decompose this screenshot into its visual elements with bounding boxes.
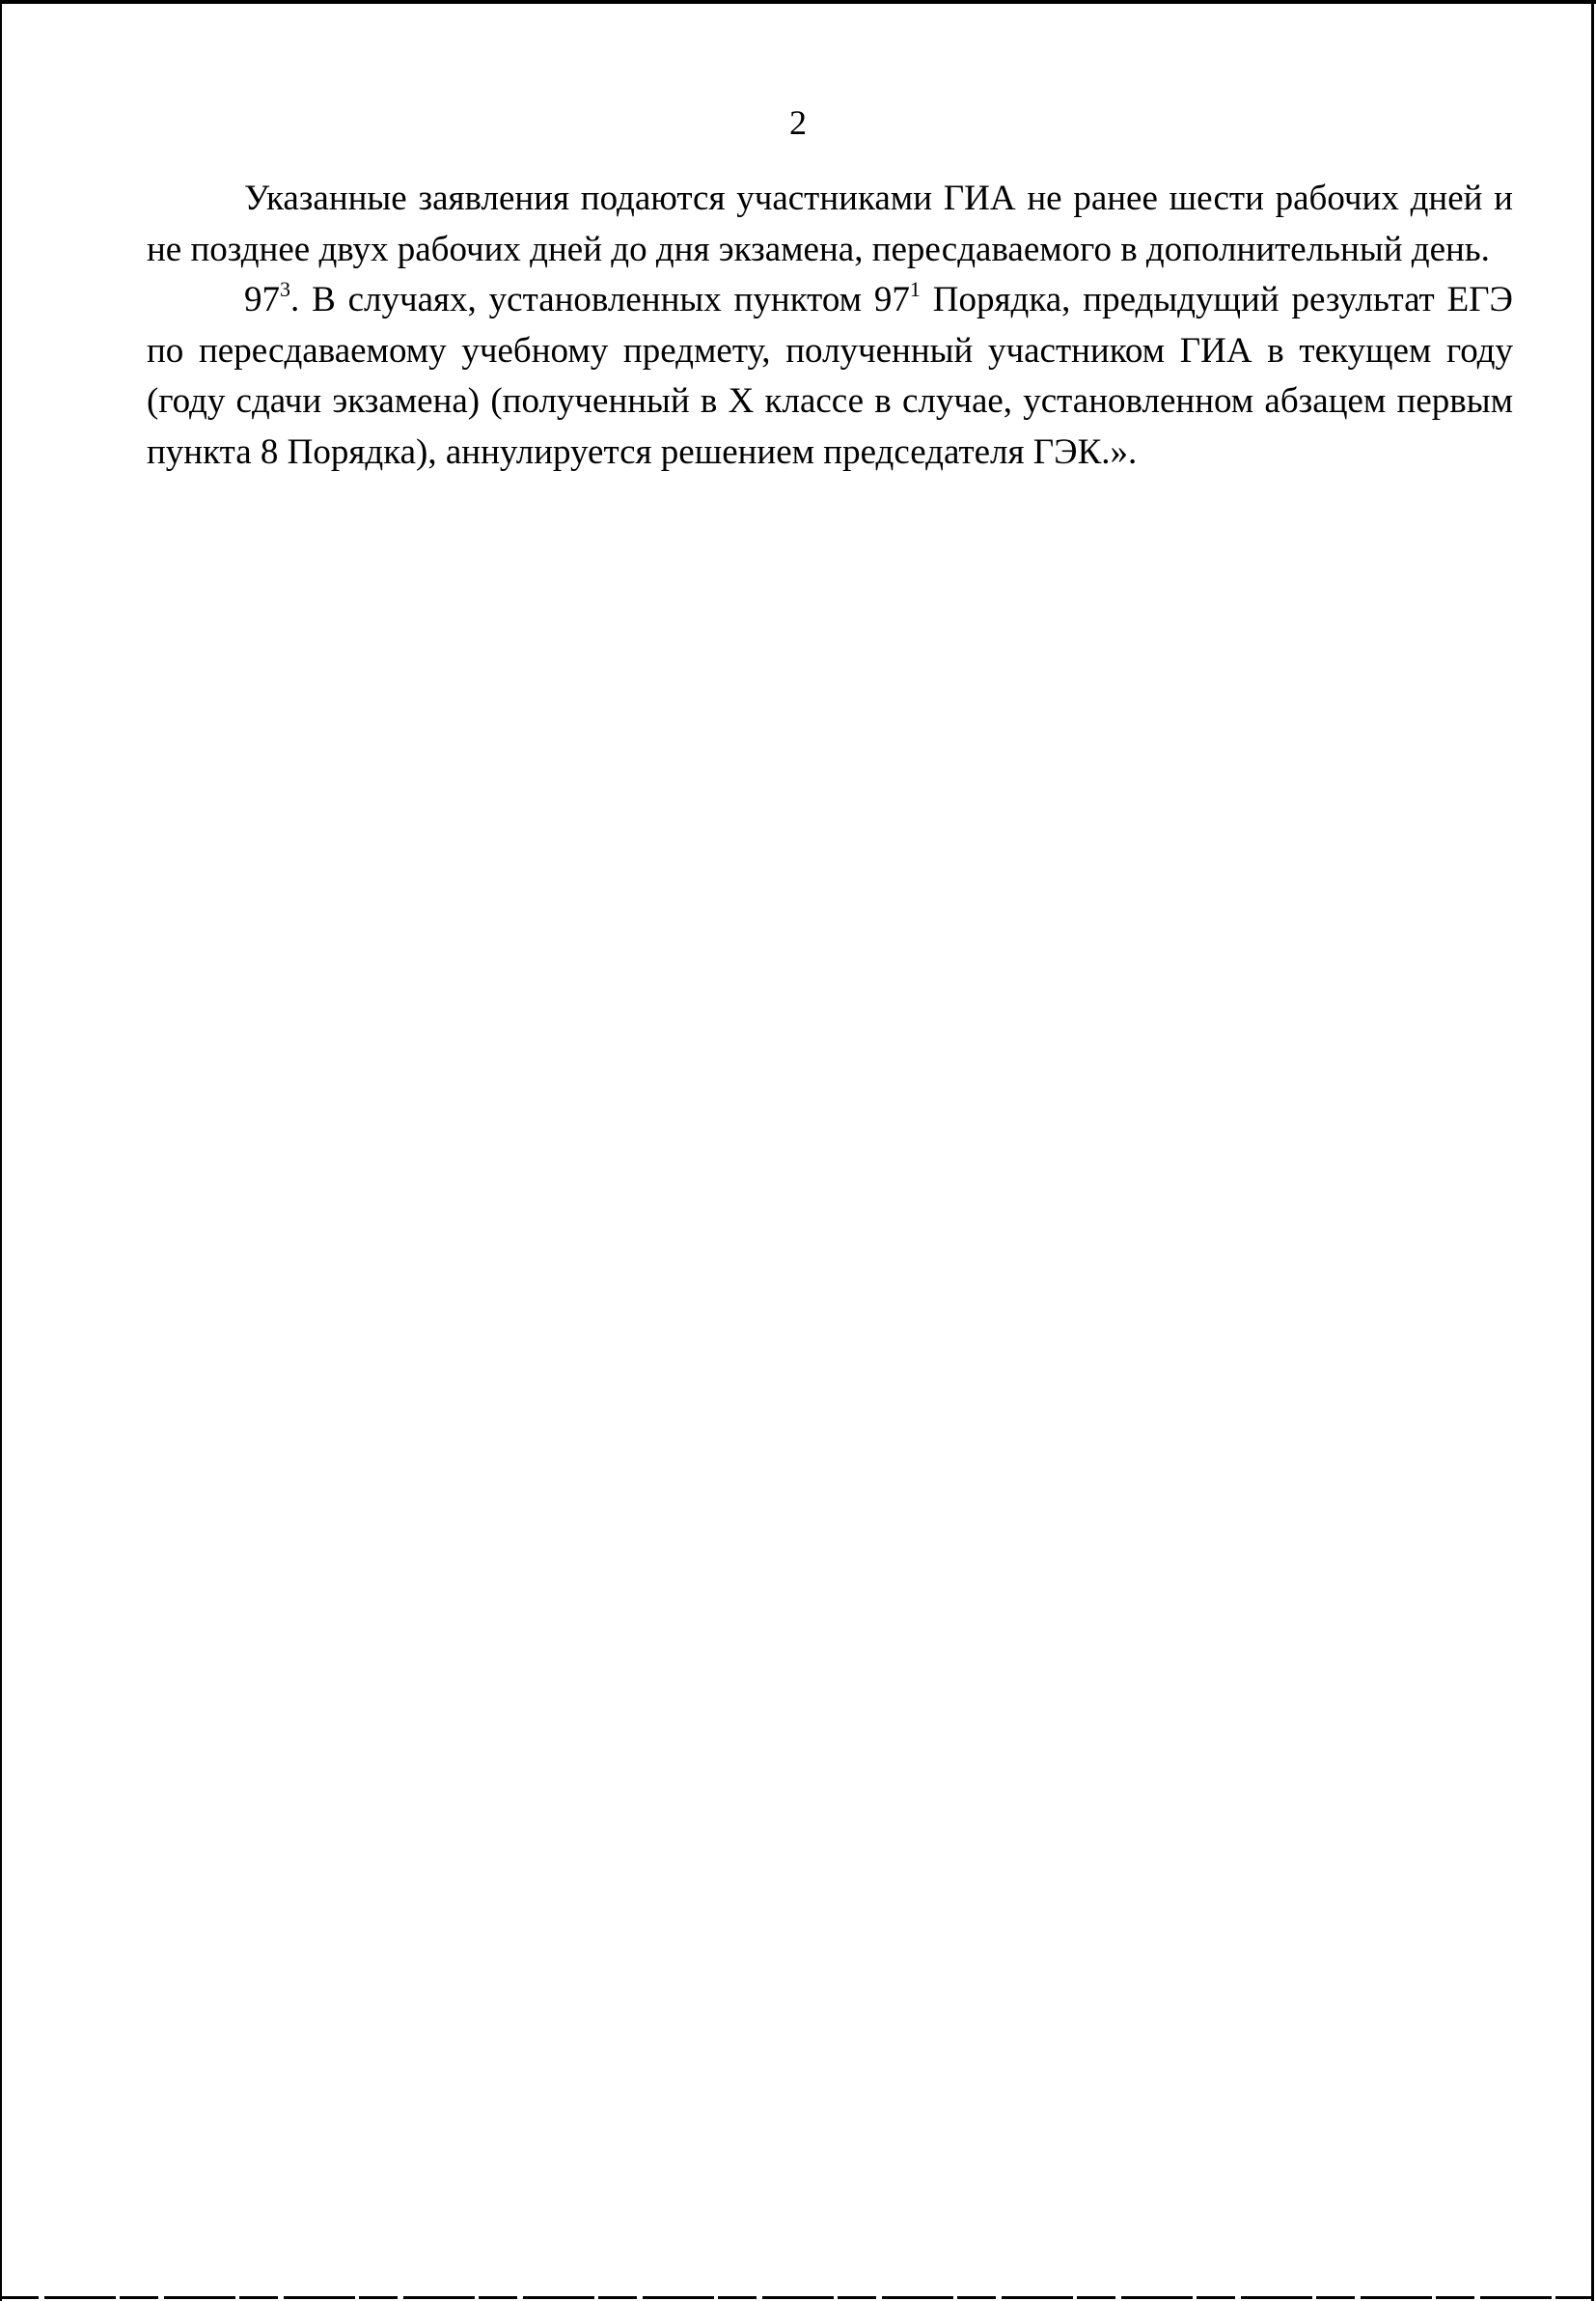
ref-number: 97 — [874, 280, 910, 319]
document-body: Указанные заявления подаются участниками… — [147, 174, 1513, 478]
scan-border-top — [0, 0, 1596, 4]
item-number: 97 — [244, 280, 280, 319]
scan-border-bottom — [0, 2296, 1596, 2299]
page-number: 2 — [0, 102, 1596, 143]
scan-border-right — [1591, 0, 1594, 2301]
paragraph-item-97-3: 973. В случаях, установленных пунктом 97… — [147, 275, 1513, 478]
scan-border-left — [0, 0, 2, 2301]
item-superscript: 3 — [280, 277, 290, 301]
text-before-ref: . В случаях, установленных пунктом — [290, 280, 874, 319]
ref-superscript: 1 — [910, 277, 921, 301]
paragraph-applications-deadline: Указанные заявления подаются участниками… — [147, 174, 1513, 275]
document-page: 2 Указанные заявления подаются участника… — [0, 0, 1596, 2301]
